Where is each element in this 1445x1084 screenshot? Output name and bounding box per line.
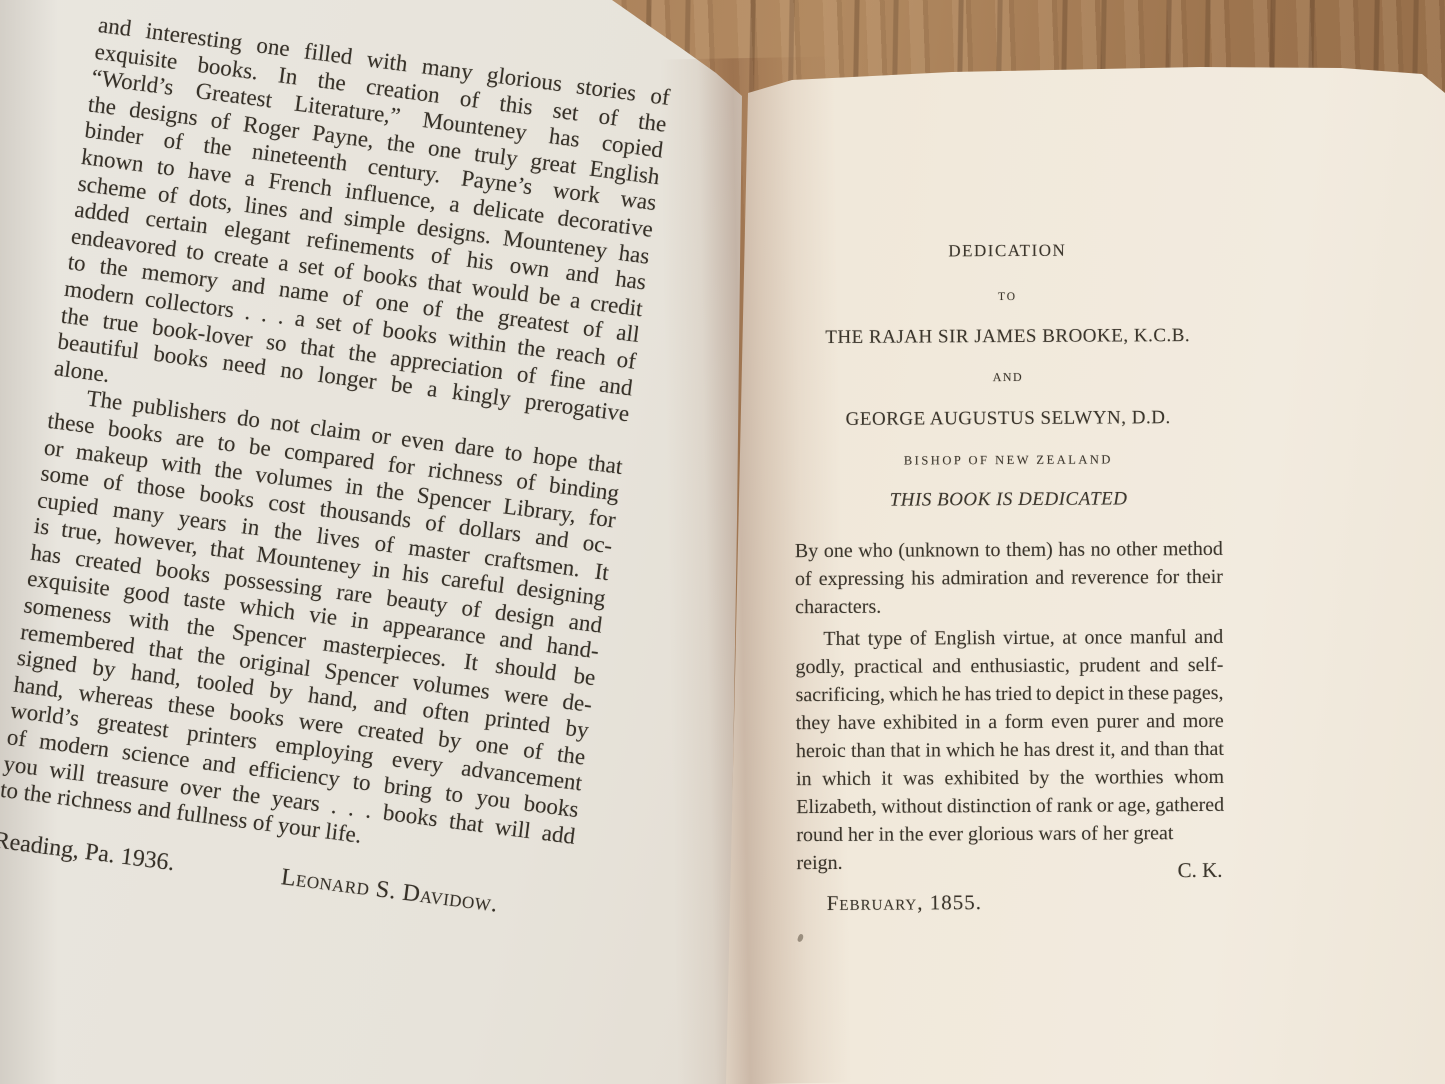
text-line: Byonewho(unknowntothem)hasnoothermethod — [795, 535, 1223, 565]
dedication-to: TO — [793, 287, 1221, 307]
dedication-title: DEDICATION — [793, 237, 1221, 265]
bishop-subtitle: BISHOP OF NEW ZEALAND — [794, 449, 1222, 471]
dedication-paragraph-2: ThattypeofEnglishvirtue,atoncemanfulandg… — [795, 623, 1224, 849]
text-line: characters. — [795, 591, 1223, 621]
text-line: inwhichitwasexhibitedbytheworthieswhom — [796, 763, 1224, 793]
dedicatee-brooke: THE RAJAH SIR JAMES BROOKE, K.C.B. — [794, 321, 1222, 353]
initials: C. K. — [796, 857, 1224, 885]
text-line: ThattypeofEnglishvirtue,atoncemanfuland — [795, 623, 1223, 653]
dedication-paragraph-1: Byonewho(unknowntothem)hasnoothermethodo… — [795, 535, 1223, 621]
text-line: ofexpressinghisadmirationandreverencefor… — [795, 563, 1223, 593]
dedicatee-selwyn: GEORGE AUGUSTUS SELWYN, D.D. — [794, 403, 1222, 435]
text-line: round her in the ever glorious wars of h… — [796, 819, 1224, 849]
text-line: godly,practicalandenthusiastic,prudentan… — [795, 651, 1223, 681]
dedication-statement: THIS BOOK IS DEDICATED — [795, 485, 1223, 515]
text-line: Elizabeth,withoutdistinctionofrankorage,… — [796, 791, 1224, 821]
publisher-note-paragraphs: andinterestingonefilledwithmanygloriouss… — [0, 12, 671, 877]
dedication-and: AND — [794, 367, 1222, 387]
text-line: heroicthanthatinwhichhehasdrestit,andtha… — [796, 735, 1224, 765]
text-line: theyhaveexhibitedinaformevenpurerandmore — [796, 707, 1224, 737]
date-line: February, 1855. — [797, 887, 1225, 917]
open-book-photo: andinterestingonefilledwithmanygloriouss… — [0, 0, 1445, 1084]
dedication-page-text: DEDICATION TO THE RAJAH SIR JAMES BROOKE… — [793, 237, 1225, 917]
text-line: sacrificing,whichhehastriedtodepictinthe… — [796, 679, 1224, 709]
publisher-note-text: andinterestingonefilledwithmanygloriouss… — [0, 12, 671, 927]
